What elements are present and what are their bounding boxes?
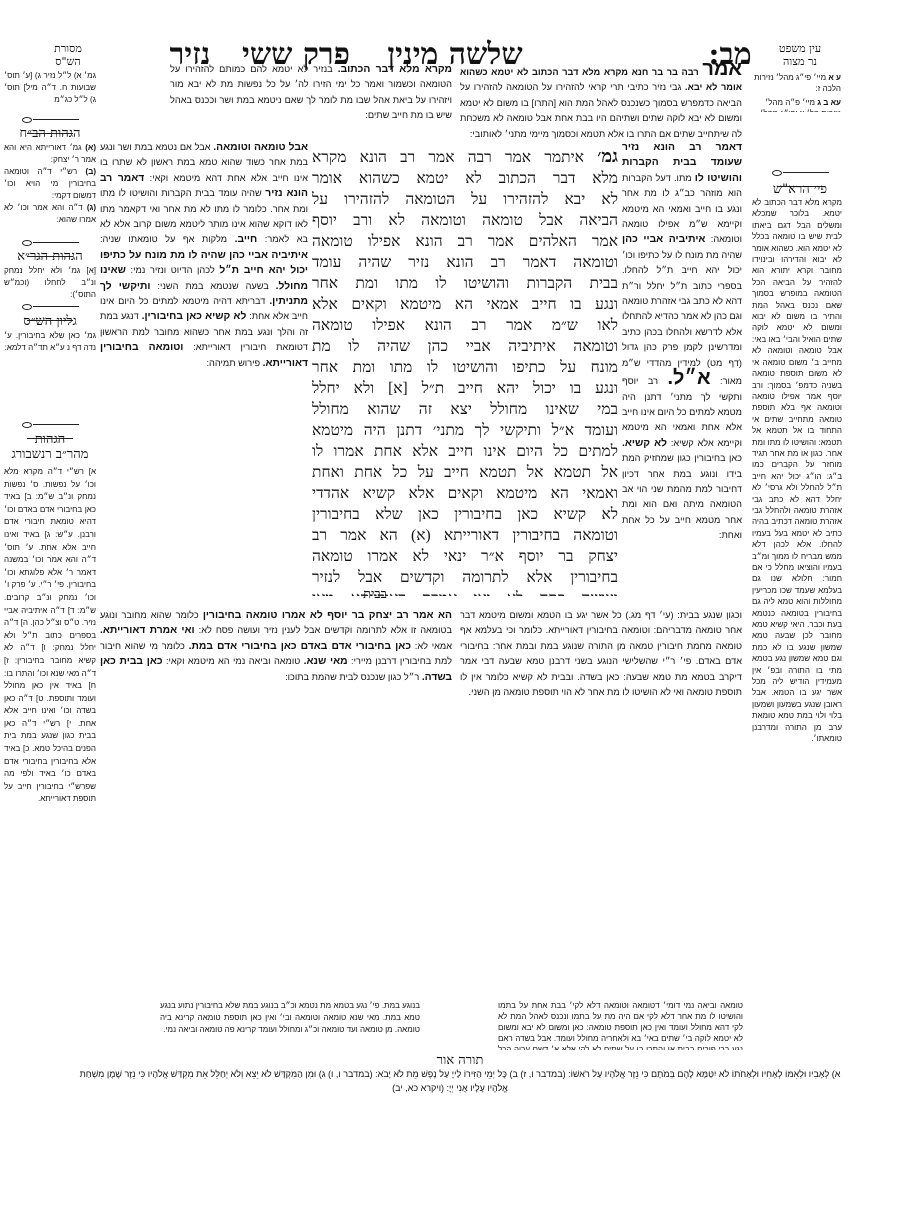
- rosh-commentary: מקרא מלא דבר הכתוב לא יטמא. בלוכר שמכלא …: [752, 197, 842, 992]
- tosafot-bottom-note: בנוגע במת. פי׳ נגע בטמא מת נטמא וכ״ב בנו…: [160, 1000, 420, 1040]
- tosafot-dibbur-hamatchil: מקרא מלא דבר הכתוב.: [338, 64, 452, 75]
- tosafot-commentary-lower: הא אמר רב יצחק בר יוסף לא אמרו טומאה בחי…: [100, 608, 452, 948]
- ein-mishpat-header: עין משפט נר מצוה: [770, 42, 830, 68]
- gemara-line: ונגע בו חייב אמאי הא מיטמא וקאים אלא: [312, 294, 618, 315]
- gemara-line: הביאה אבל טומאה וטומאה לא ורב יוסף: [312, 210, 618, 231]
- gemara-line: במי שאינו מחולל יצא זה שהוא מחולל: [312, 399, 618, 420]
- gemara-line: ואמאי הא מיטמא וקאים אלא קשיא אהדדי: [312, 483, 618, 504]
- masoret-label-line1: מסורת: [48, 42, 88, 55]
- rashi-text: כאן בחיבורין כגון שמחזיק המת בידו ונוגע …: [622, 453, 742, 540]
- gemara-line: בחיבורין אלא לתרומה וקדשים אבל לנזיר: [312, 567, 618, 588]
- tosafot-text: טומאה וביאה נמי הא מיטמא וקאי:: [166, 656, 300, 666]
- tosafot-dibbur-hamatchil: חייב.: [235, 234, 258, 245]
- gemara-line: יצחק בר יוסף א״ר ינאי לא אמרו טומאה: [312, 546, 618, 567]
- gemara-line: מונח על כתיפו והושיטו לו מתו ומת אחר: [312, 357, 618, 378]
- rashi-text: שהיה מת מונח לו על כתיפו וכו׳ יכול יהא ח…: [622, 250, 742, 368]
- tosafot-dibbur-hamatchil: ואי אמרת דאורייתא.: [100, 625, 195, 636]
- tosafot-dibbur-hamatchil: לא קשיא כאן בחיבורין.: [142, 311, 247, 322]
- gemara-line: וטומאה בחיבורין דאורייתא (א) הא אמר רב: [312, 525, 618, 546]
- rashi-opening-word: אמר: [702, 62, 742, 80]
- gilyon-hashas-title: גליון הש״ס: [4, 314, 96, 330]
- bach-notes: (א) גמ׳ דאורייתא היא והא אמר ר׳ יצחק: (ב…: [4, 142, 96, 232]
- tosafot-dibbur-hamatchil: אבל טומאה וטומאה.: [213, 142, 308, 153]
- rosh-bottom-note: טומאה וביאה נמי דומי׳ דטומאה וטומאה דלא …: [498, 1000, 743, 1050]
- gra-notes: [א] גמ׳ ולא יחלל נמחק ונ״ב לחחלו (וכמ״ש …: [4, 265, 96, 305]
- left-margin-header: מסורת הש"ס: [48, 42, 88, 68]
- gemara-line: אל תטמא אל תטמא חייב על כל אחת ואחת: [312, 462, 618, 483]
- tosafot-dibbur-hamatchil: כאן בחיבורי אדם באדם כאן בחיבורי אדם במת…: [189, 641, 411, 652]
- bach-note: (א) גמ׳ דאורייתא היא והא אמר ר׳ יצחק:: [4, 142, 96, 166]
- gemara-line: בבית הקברות והושיטו לו מתו ומת אחר: [312, 273, 618, 294]
- gemara-line: ונגע בו יכול יהא חייב ת״ל [א] ולא יחלל: [312, 378, 618, 399]
- bach-note: (ב) רש״י ד״ה וטומאה בחיבורין מי הויא וכו…: [4, 166, 96, 202]
- gemara-line: וטומאה דאמר רב הונא נזיר שהיה עומד: [312, 252, 618, 273]
- tosafot-text: אמאי לא:: [415, 641, 452, 651]
- masoret-label-line2: הש"ס: [48, 55, 88, 68]
- gemara-catchword: בבית: [345, 586, 405, 602]
- gemara-line: למתים כל היום אינו חייב אלא אחת אמרו לו: [312, 441, 618, 462]
- ranschburg-notes: א] רש״י ד״ה מקרא מלא וכו׳ על נפשות. ס׳ נ…: [4, 466, 96, 1041]
- rosh-title: פי׳ הרא"ש: [760, 182, 840, 198]
- bach-note: (ג) ד״ה והא אמר וכו׳ לא אמרו שהוא:: [4, 202, 96, 226]
- tosafot-dibbur-hamatchil: מאי שנא.: [304, 656, 348, 667]
- tosafot-dibbur-hamatchil: הא אמר רב יצחק בר יוסף לא אמרו טומאה בחי…: [203, 610, 452, 621]
- gilyon-hashas-notes: גמ׳ כאן שלא בחיבורין. ע׳ נדה דף נ ע״א תד…: [4, 330, 96, 370]
- tosafot-text: בשעה שנטמא במת השני:: [157, 281, 268, 291]
- rashi-opening-word: א״ל.: [667, 367, 710, 389]
- tosafot-text: פירוש תמיהה:: [206, 358, 260, 368]
- ein-mishpat-column-entries: [753, 72, 841, 172]
- ein-mishpat-label-line2: נר מצוה: [770, 55, 830, 68]
- ein-mishpat-label-line1: עין משפט: [770, 42, 830, 55]
- gemara-line: וטומאה איתיביה אביי כהן שהיה לו מת: [312, 336, 618, 357]
- gemara-line: לא קשיא כאן בחיבורין כאן שלא בחיבורין: [312, 504, 618, 525]
- rashi-text: וכגון שנגע בבית: (עי׳ דף מג.) כל אשר יגע…: [460, 610, 742, 697]
- gemara-line: ועומד א״ל ותיקשי לך מתני׳ דתנן היה מיטמא: [312, 420, 618, 441]
- gemara-line: מלא דבר הכתוב לא יטמא כשהוא אומר: [312, 168, 618, 189]
- gemara-line: לאו ש״מ אמר רב הונא אפילו טומאה: [312, 315, 618, 336]
- masoret-hashas-notes: גמ׳ א) ל״ל נזיר ג) [ע׳ תוס׳ שבועות ח. ד״…: [4, 70, 96, 110]
- ranschburg-title: הגהות מהר״ב רנשבורג: [4, 432, 96, 462]
- rashi-commentary-column: דאמר רב הונא נזיר שעומד בבית הקברות והוש…: [622, 140, 742, 580]
- rashi-commentary: אמר רבה בר בר חנא מקרא מלא דבר הכתוב לא …: [460, 62, 742, 140]
- rashi-dibbur-hamatchil: איתיביה אביי כהן: [622, 234, 705, 245]
- torah-or-title: תורה אור: [380, 1052, 540, 1068]
- rashi-dibbur-hamatchil: לא קשיא.: [622, 438, 667, 449]
- gemara-text: גמ׳ איתמר אמר רבה אמר רב הונא מקרא מלא ד…: [312, 146, 618, 596]
- gemara-line: אמר האלהים אמר רב הונא אפילו טומאה: [312, 231, 618, 252]
- tosafot-text: מלקות אף על טומאתו שניה:: [100, 234, 227, 244]
- torah-or-verse-line-2: אֱלֹהָיו עָלָיו אֲנִי יְיָ: (ויקרא כא, י…: [200, 1082, 700, 1095]
- gemara-opening: גמ׳: [597, 146, 618, 166]
- tosafot-text: ר״ל כגון שנכנס לבית שהמת בתוכו:: [285, 672, 419, 682]
- tosafot-commentary: מקרא מלא דבר הכתוב. בנזיר לא יטמא להם כמ…: [170, 62, 452, 140]
- gemara-line: לא יבא להזהירו על הטומאה להזהירו על: [312, 189, 618, 210]
- gemara-line: גמ׳ איתמר אמר רבה אמר רב הונא מקרא: [312, 146, 618, 168]
- gra-title: הגהות הגר״א: [4, 249, 96, 265]
- tosafot-commentary-column: אבל טומאה וטומאה. אבל אם נטמא במת ושר ונ…: [100, 140, 308, 580]
- tosafot-text: לכהן הדיוט ונזיר נמי:: [131, 265, 215, 275]
- bach-title: הגהות הב״ח: [4, 126, 96, 142]
- torah-or-verse-line-1: א) לְאָבִיו וּלְאִמּוֹ לְאָחִיו וּלְאַחֹ…: [60, 1068, 860, 1081]
- rashi-commentary-lower: וכגון שנגע בבית: (עי׳ דף מג.) כל אשר יגע…: [460, 608, 742, 948]
